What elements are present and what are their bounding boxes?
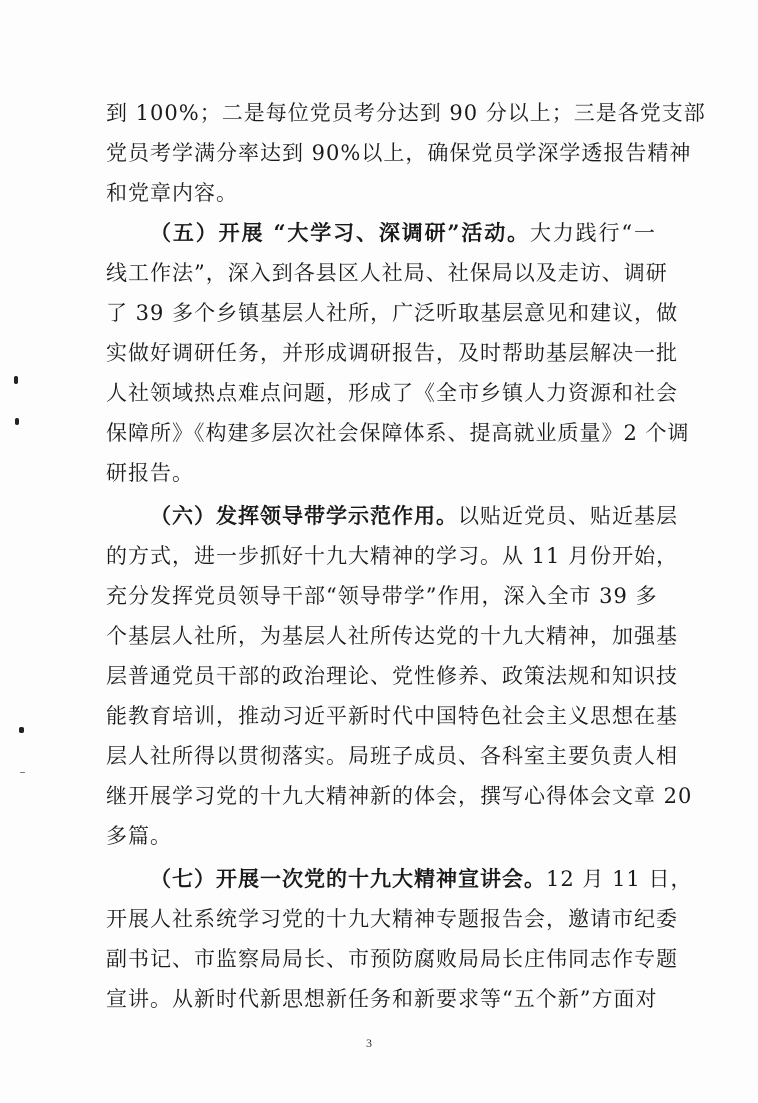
scan-speck [15, 418, 19, 425]
text-line: 的方式，进一步抓好十九大精神的学习。从 11 月份开始， [106, 536, 656, 576]
text-line: 副书记、市监察局局长、市预防腐败局局长庄伟同志作专题 [106, 939, 656, 979]
text-line: 多篇。 [106, 816, 656, 856]
text-line: 充分发挥党员领导干部“领导带学”作用，深入全市 39 多 [106, 576, 656, 616]
text-line: 能教育培训，推动习近平新时代中国特色社会主义思想在基 [106, 696, 656, 736]
section-heading-5: （五）开展 “大学习、深调研”活动。大力践行“一 [150, 213, 656, 253]
text-line: 层人社所得以贯彻落实。局班子成员、各科室主要负责人相 [106, 736, 656, 776]
text-line: 研报告。 [106, 453, 656, 493]
text-line: 宣讲。从新时代新思想新任务和新要求等“五个新”方面对 [106, 979, 656, 1019]
scan-speck [14, 376, 18, 384]
text-line: 到 100%；二是每位党员考分达到 90 分以上；三是各党支部 [106, 93, 656, 133]
text-line: 线工作法”，深入到各县区人社局、社保局以及走访、调研 [106, 253, 656, 293]
section-heading-6: （六）发挥领导带学示范作用。以贴近党员、贴近基层 [150, 496, 656, 536]
heading-text: （五）开展 “大学习、深调研”活动。 [150, 220, 530, 245]
text-line: 党员考学满分率达到 90%以上，确保党员学深学透报告精神 [106, 133, 656, 173]
scan-speck [19, 727, 24, 733]
text-line: 继开展学习党的十九大精神新的体会，撰写心得体会文章 20 [106, 776, 656, 816]
text-line: 实做好调研任务，并形成调研报告，及时帮助基层解决一批 [106, 333, 656, 373]
heading-text: （六）发挥领导带学示范作用。 [150, 503, 458, 528]
document-page: 到 100%；二是每位党员考分达到 90 分以上；三是各党支部 党员考学满分率达… [0, 0, 758, 1103]
page-number: 3 [366, 1036, 372, 1051]
scan-speck [20, 772, 25, 773]
text-line: 个基层人社所，为基层人社所传达党的十九大精神，加强基 [106, 616, 656, 656]
text-line: 了 39 多个乡镇基层人社所，广泛听取基层意见和建议，做 [106, 293, 656, 333]
heading-text: （七）开展一次党的十九大精神宣讲会。 [150, 866, 546, 891]
text-line: 人社领域热点难点问题，形成了《全市乡镇人力资源和社会 [106, 373, 656, 413]
text-line: 和党章内容。 [106, 173, 656, 213]
text-line: 开展人社系统学习党的十九大精神专题报告会，邀请市纪委 [106, 899, 656, 939]
text-line: 保障所》《构建多层次社会保障体系、提高就业质量》2 个调 [106, 413, 656, 453]
text-line: 层普通党员干部的政治理论、党性修养、政策法规和知识技 [106, 656, 656, 696]
section-heading-7: （七）开展一次党的十九大精神宣讲会。12 月 11 日， [150, 859, 656, 899]
